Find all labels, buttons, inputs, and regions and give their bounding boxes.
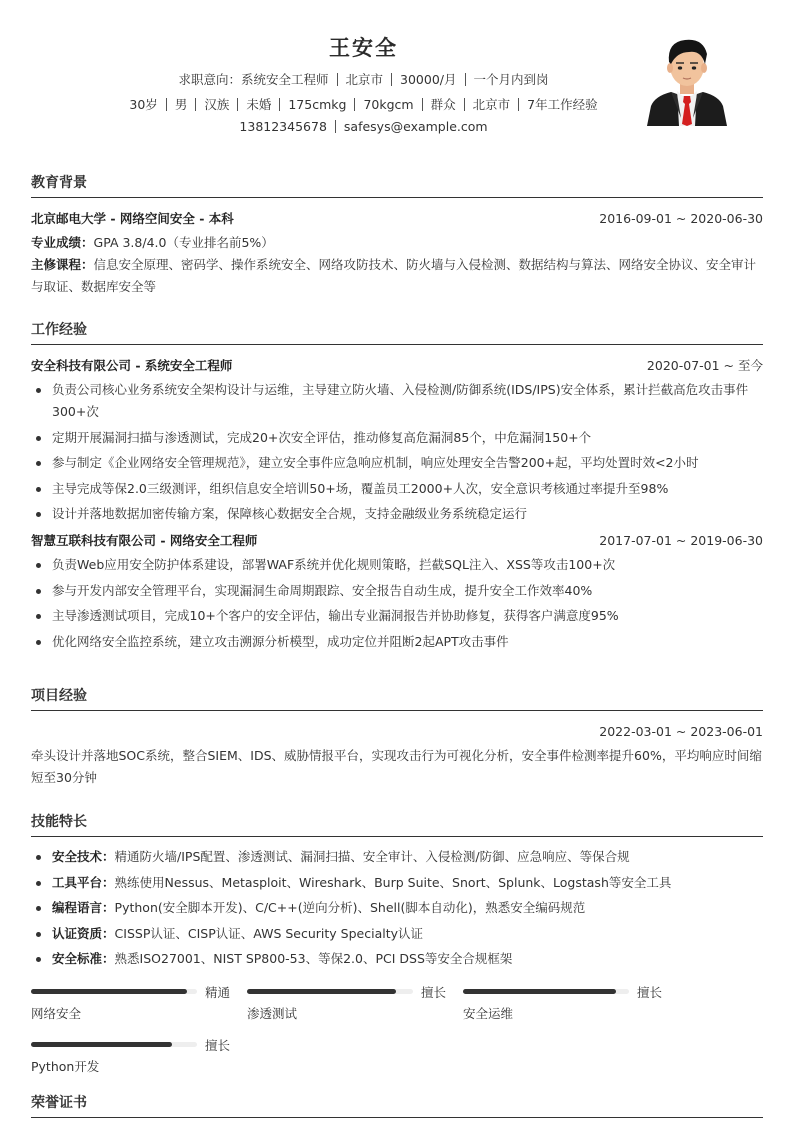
- skill-level: 擅长: [637, 983, 662, 1001]
- expected-salary: 30000/月: [400, 72, 456, 87]
- skill-item: 认证资质：CISSP认证、CISP认证、AWS Security Special…: [31, 923, 763, 945]
- job-intent: 求职意向：系统安全工程师: [178, 72, 328, 87]
- personal-info-line: 30岁男汉族未婚175cmkg70kgcm群众北京市7年工作经验: [31, 95, 696, 113]
- school-major-degree: 北京邮电大学 - 网络空间安全 - 本科: [31, 211, 234, 226]
- skill-item: 安全标准：熟悉ISO27001、NIST SP800-53、等保2.0、PCI …: [31, 948, 763, 970]
- section-title-education: 教育背景: [31, 172, 763, 194]
- company-title: 智慧互联科技有限公司 - 网络安全工程师: [31, 533, 257, 548]
- skill-bar-security-ops: 擅长 安全运维: [463, 984, 663, 1028]
- political-status: 群众: [431, 97, 456, 112]
- section-title-honors: 荣誉证书: [31, 1092, 763, 1114]
- job-date: 2017-07-01 ~ 2019-06-30: [599, 531, 763, 551]
- job-bullet: 主导渗透测试项目，完成10+个客户的安全评估，输出专业漏洞报告并协助修复，获得客…: [31, 605, 763, 627]
- availability: 一个月内到岗: [474, 72, 549, 87]
- progress-track: [31, 989, 197, 994]
- job-intent-line: 求职意向：系统安全工程师北京市30000/月一个月内到岗: [31, 70, 696, 88]
- job-entry-header: 智慧互联科技有限公司 - 网络安全工程师 2017-07-01 ~ 2019-0…: [31, 531, 763, 551]
- divider: [337, 73, 338, 86]
- avatar-portrait-icon: [641, 28, 733, 126]
- age: 30岁: [129, 97, 157, 112]
- ethnicity: 汉族: [204, 97, 229, 112]
- skill-level: 擅长: [205, 1036, 230, 1054]
- divider: [166, 98, 167, 111]
- gpa-line: 专业成绩：GPA 3.8/4.0（专业排名前5%）: [31, 232, 763, 254]
- skill-value: 精通防火墙/IPS配置、渗透测试、漏洞扫描、安全审计、入侵检测/防御、应急响应、…: [115, 849, 630, 864]
- skill-value: 熟悉ISO27001、NIST SP800-53、等保2.0、PCI DSS等安…: [115, 951, 513, 966]
- skill-bar-pentest: 擅长 渗透测试: [247, 984, 447, 1028]
- work-section: 工作经验 安全科技有限公司 - 系统安全工程师 2020-07-01 ~ 至今 …: [31, 319, 763, 656]
- skill-item: 工具平台：熟练使用Nessus、Metasploit、Wireshark、Bur…: [31, 872, 763, 894]
- education-entry-header: 北京邮电大学 - 网络空间安全 - 本科 2016-09-01 ~ 2020-0…: [31, 209, 763, 229]
- section-divider: [31, 710, 763, 711]
- skill-value: CISSP认证、CISP认证、AWS Security Specialty认证: [115, 926, 423, 941]
- skill-list: 安全技术：精通防火墙/IPS配置、渗透测试、漏洞扫描、安全审计、入侵检测/防御、…: [31, 846, 763, 970]
- section-title-projects: 项目经验: [31, 685, 763, 707]
- job-bullet: 优化网络安全监控系统，建立攻击溯源分析模型，成功定位并阻断2起APT攻击事件: [31, 631, 763, 653]
- divider: [279, 98, 280, 111]
- height: 175cmkg: [288, 97, 346, 112]
- honors-section: 荣誉证书: [31, 1092, 763, 1118]
- skill-value: Python(安全脚本开发)、C/C++(逆向分析)、Shell(脚本自动化)，…: [115, 900, 586, 915]
- section-divider: [31, 836, 763, 837]
- divider: [354, 98, 355, 111]
- project-entry-header: 2022-03-01 ~ 2023-06-01: [31, 722, 763, 742]
- divider: [465, 73, 466, 86]
- skill-bar-python: 擅长 Python开发: [31, 1037, 231, 1081]
- divider: [422, 98, 423, 111]
- job-bullet: 参与制定《企业网络安全管理规范》，建立安全事件应急响应机制，响应处理安全告警20…: [31, 452, 763, 474]
- job-bullet: 参与开发内部安全管理平台，实现漏洞生命周期跟踪、安全报告自动生成，提升安全工作效…: [31, 580, 763, 602]
- skill-item: 编程语言：Python(安全脚本开发)、C/C++(逆向分析)、Shell(脚本…: [31, 897, 763, 919]
- candidate-name: 王安全: [31, 32, 696, 62]
- gpa-value: GPA 3.8/4.0（专业排名前5%）: [94, 235, 274, 250]
- progress-track: [31, 1042, 197, 1047]
- project-description: 牵头设计并落地SOC系统，整合SIEM、IDS、威胁情报平台，实现攻击行为可视化…: [31, 745, 763, 789]
- job-bullet: 负责公司核心业务系统安全架构设计与运维，主导建立防火墙、入侵检测/防御系统(ID…: [31, 379, 763, 423]
- progress-track: [463, 989, 629, 994]
- skill-name: 安全运维: [463, 1004, 513, 1022]
- section-divider: [31, 197, 763, 198]
- progress-fill: [247, 989, 396, 994]
- section-title-work: 工作经验: [31, 319, 763, 341]
- section-divider: [31, 1117, 763, 1118]
- divider: [518, 98, 519, 111]
- gpa-label: 专业成绩: [31, 235, 81, 250]
- education-section: 教育背景 北京邮电大学 - 网络空间安全 - 本科 2016-09-01 ~ 2…: [31, 172, 763, 298]
- skill-label: 认证资质: [52, 926, 102, 941]
- job-bullets: 负责公司核心业务系统安全架构设计与运维，主导建立防火墙、入侵检测/防御系统(ID…: [31, 379, 763, 525]
- section-divider: [31, 344, 763, 345]
- skill-value: 熟练使用Nessus、Metasploit、Wireshark、Burp Sui…: [115, 875, 672, 890]
- skill-label: 编程语言: [52, 900, 102, 915]
- skill-name: 渗透测试: [247, 1004, 297, 1022]
- job-bullet: 设计并落地数据加密传输方案，保障核心数据安全合规，支持金融级业务系统稳定运行: [31, 503, 763, 525]
- years-experience: 7年工作经验: [527, 97, 597, 112]
- skill-label: 安全技术: [52, 849, 102, 864]
- contact-line: 13812345678safesys@example.com: [31, 119, 696, 134]
- education-date: 2016-09-01 ~ 2020-06-30: [599, 209, 763, 229]
- skills-section: 技能特长 安全技术：精通防火墙/IPS配置、渗透测试、漏洞扫描、安全审计、入侵检…: [31, 811, 763, 974]
- skill-name: Python开发: [31, 1057, 99, 1075]
- gender: 男: [175, 97, 188, 112]
- divider: [335, 120, 336, 133]
- resume-page: 王安全 求职意向：系统安全工程师北京市30000/月一个月内到岗 30岁男汉族未…: [0, 0, 794, 1123]
- skill-level: 擅长: [421, 983, 446, 1001]
- job-bullet: 定期开展漏洞扫描与渗透测试，完成20+次安全评估，推动修复高危漏洞85个，中危漏…: [31, 427, 763, 449]
- avatar: [641, 28, 733, 126]
- resume-header: 王安全 求职意向：系统安全工程师北京市30000/月一个月内到岗 30岁男汉族未…: [31, 28, 763, 143]
- job-entry-header: 安全科技有限公司 - 系统安全工程师 2020-07-01 ~ 至今: [31, 356, 763, 376]
- progress-fill: [31, 1042, 172, 1047]
- job-bullets: 负责Web应用安全防护体系建设，部署WAF系统并优化规则策略，拦截SQL注入、X…: [31, 554, 763, 653]
- section-title-skills: 技能特长: [31, 811, 763, 833]
- divider: [237, 98, 238, 111]
- skill-name: 网络安全: [31, 1004, 81, 1022]
- intent-city: 北京市: [346, 72, 384, 87]
- divider: [195, 98, 196, 111]
- divider: [464, 98, 465, 111]
- job-bullet: 主导完成等保2.0三级测评，组织信息安全培训50+场，覆盖员工2000+人次，安…: [31, 478, 763, 500]
- project-date: 2022-03-01 ~ 2023-06-01: [599, 722, 763, 742]
- projects-section: 项目经验 2022-03-01 ~ 2023-06-01 牵头设计并落地SOC系…: [31, 685, 763, 789]
- skill-label: 安全标准: [52, 951, 102, 966]
- courses-line: 主修课程：信息安全原理、密码学、操作系统安全、网络攻防技术、防火墙与入侵检测、数…: [31, 254, 763, 298]
- job-bullet: 负责Web应用安全防护体系建设，部署WAF系统并优化规则策略，拦截SQL注入、X…: [31, 554, 763, 576]
- phone: 13812345678: [239, 119, 326, 134]
- email[interactable]: safesys@example.com: [344, 119, 488, 134]
- marital-status: 未婚: [246, 97, 271, 112]
- residence: 北京市: [473, 97, 511, 112]
- job-date: 2020-07-01 ~ 至今: [647, 356, 763, 376]
- skill-level: 精通: [205, 983, 230, 1001]
- weight: 70kgcm: [363, 97, 413, 112]
- divider: [391, 73, 392, 86]
- skill-bar-network-security: 精通 网络安全: [31, 984, 231, 1028]
- progress-fill: [463, 989, 616, 994]
- courses-value: 信息安全原理、密码学、操作系统安全、网络攻防技术、防火墙与入侵检测、数据结构与算…: [31, 257, 756, 294]
- company-title: 安全科技有限公司 - 系统安全工程师: [31, 358, 232, 373]
- skill-item: 安全技术：精通防火墙/IPS配置、渗透测试、漏洞扫描、安全审计、入侵检测/防御、…: [31, 846, 763, 868]
- progress-fill: [31, 989, 187, 994]
- courses-label: 主修课程: [31, 257, 81, 272]
- skill-label: 工具平台: [52, 875, 102, 890]
- progress-track: [247, 989, 413, 994]
